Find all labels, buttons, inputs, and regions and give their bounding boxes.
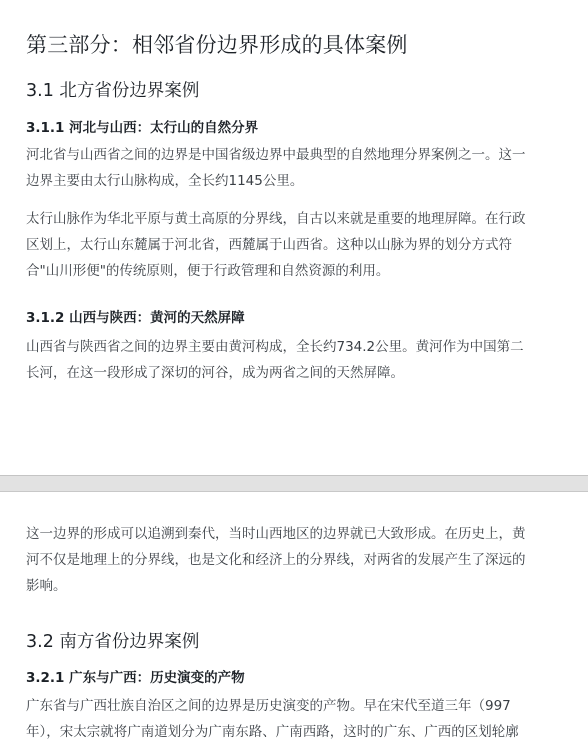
page-separator [0,475,588,492]
paragraph: 山西省与陕西省之间的边界主要由黄河构成，全长约734.2公里。黄河作为中国第二 … [26,334,562,386]
document-page-2: 这一边界的形成可以追溯到秦代，当时山西地区的边界就已大致形成。在历史上，黄 河不… [0,492,588,748]
part-title: 第三部分：相邻省份边界形成的具体案例 [26,29,408,59]
subsection-heading-3-1-2: 3.1.2 山西与陕西：黄河的天然屏障 [26,306,245,326]
paragraph: 广东省与广西壮族自治区之间的边界是历史演变的产物。早在宋代至道三年（997 年）… [26,693,562,745]
paragraph: 河北省与山西省之间的边界是中国省级边界中最典型的自然地理分界案例之一。这一 边界… [26,142,562,194]
document-page-1: 第三部分：相邻省份边界形成的具体案例 3.1 北方省份边界案例 3.1.1 河北… [0,0,588,475]
subsection-heading-3-1-1: 3.1.1 河北与山西：太行山的自然分界 [26,116,258,136]
section-heading-3-1: 3.1 北方省份边界案例 [26,77,199,102]
section-heading-3-2: 3.2 南方省份边界案例 [26,628,199,653]
paragraph: 这一边界的形成可以追溯到秦代，当时山西地区的边界就已大致形成。在历史上，黄 河不… [26,521,562,599]
subsection-heading-3-2-1: 3.2.1 广东与广西：历史演变的产物 [26,666,245,686]
paragraph: 太行山脉作为华北平原与黄土高原的分界线，自古以来就是重要的地理屏障。在行政 区划… [26,206,562,284]
